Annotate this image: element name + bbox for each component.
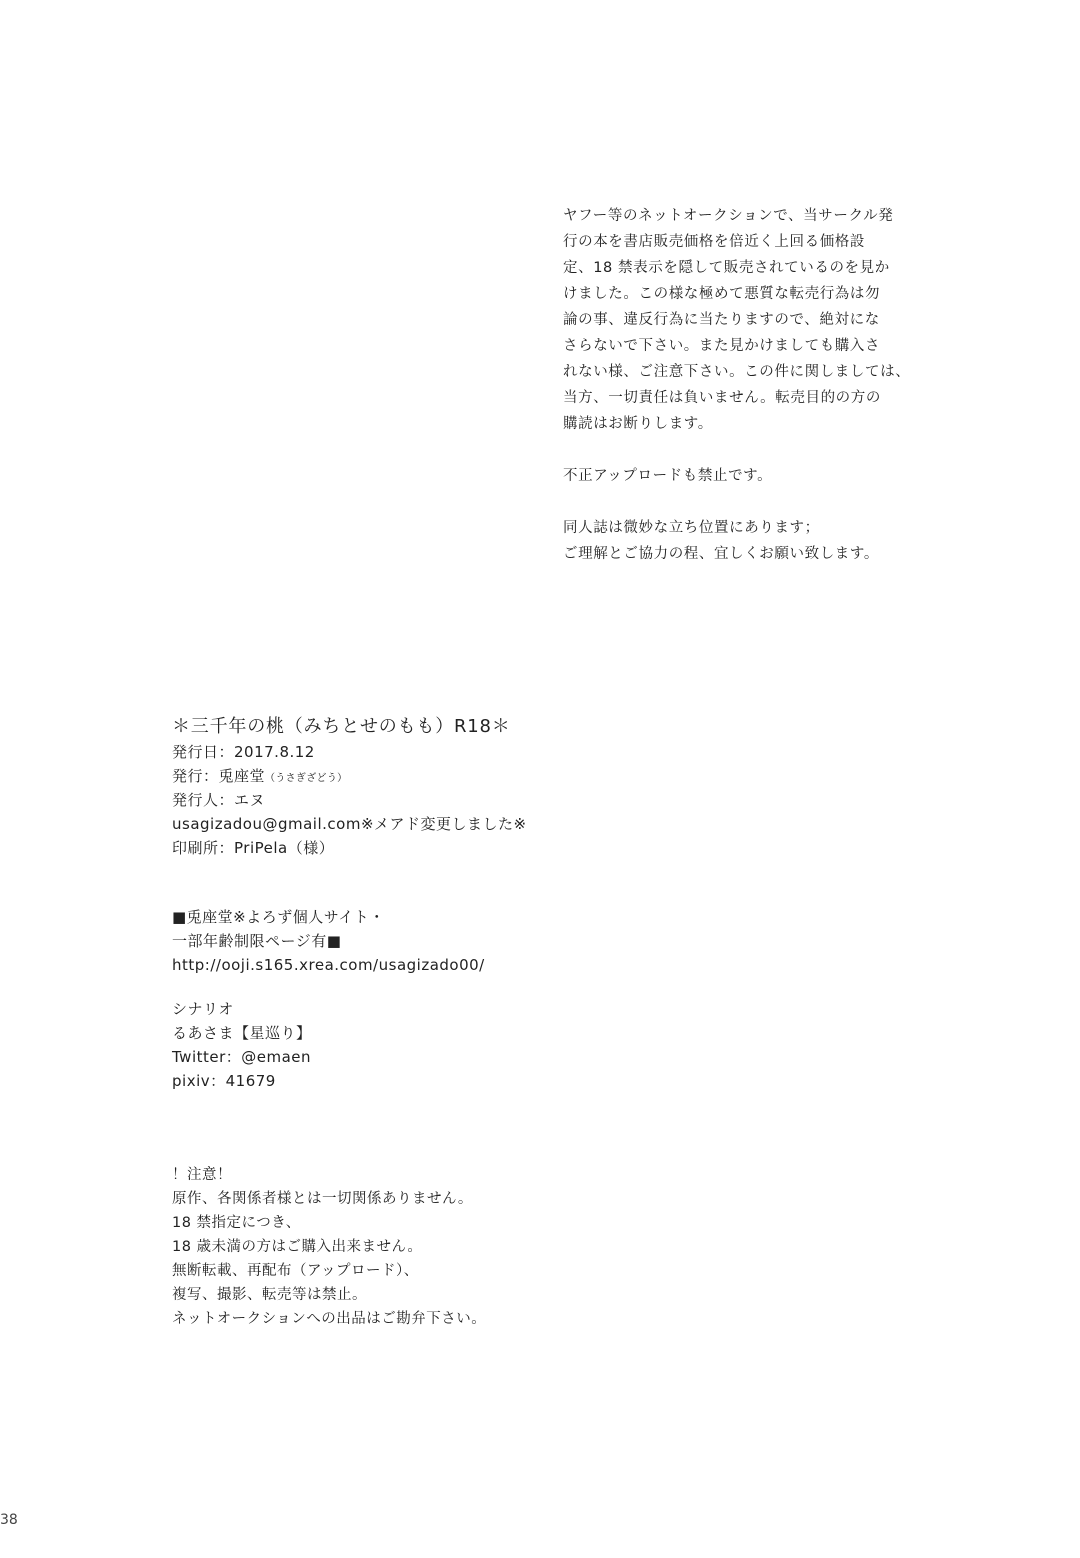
caution-line: 18 歳未満の方はご購入出来ません。 <box>172 1235 486 1259</box>
issue-date: 発行日：2017.8.12 <box>172 740 527 764</box>
resale-notice: ヤフー等のネットオークションで、当サークル発 行の本を書店販売価格を倍近く上回る… <box>563 203 910 567</box>
caution-heading: ！注意！ <box>172 1163 486 1187</box>
notice-line: さらないで下さい。また見かけましても購入さ <box>563 333 910 359</box>
colophon: ＊三千年の桃（みちとせのもも）R18＊ 発行日：2017.8.12 発行：兎座堂… <box>172 714 527 860</box>
caution-notice: ！注意！ 原作、各関係者様とは一切関係ありません。 18 禁指定につき、 18 … <box>172 1163 486 1331</box>
caution-line: 複写、撮影、転売等は禁止。 <box>172 1283 486 1307</box>
publisher-name: 発行：兎座堂 <box>172 767 265 785</box>
issuer: 発行人：エヌ <box>172 788 527 812</box>
caution-line: 18 禁指定につき、 <box>172 1211 486 1235</box>
caution-line: ネットオークションへの出品はご勘弁下さい。 <box>172 1307 486 1331</box>
notice-line: 当方、一切責任は負いません。転売目的の方の <box>563 385 910 411</box>
notice-line: 行の本を書店販売価格を倍近く上回る価格設 <box>563 229 910 255</box>
notice-line: ヤフー等のネットオークションで、当サークル発 <box>563 203 910 229</box>
printer: 印刷所：PriPela（様） <box>172 836 527 860</box>
site-description: ■兎座堂※よろず個人サイト・ <box>172 905 485 929</box>
contact-email: usagizadou@gmail.com※メアド変更しました※ <box>172 812 527 836</box>
notice-line: 論の事、違反行為に当たりますので、絶対にな <box>563 307 910 333</box>
upload-prohibited-text: 不正アップロードも禁止です。 <box>563 463 910 489</box>
website-info: ■兎座堂※よろず個人サイト・ 一部年齢制限ページ有■ http://ooji.s… <box>172 905 485 977</box>
publisher: 発行：兎座堂（うさぎざどう） <box>172 764 527 788</box>
credit-name: るあさま【星巡り】 <box>172 1021 312 1045</box>
notice-line: けました。この様な極めて悪質な転売行為は勿 <box>563 281 910 307</box>
publisher-reading: （うさぎざどう） <box>265 773 347 784</box>
site-description: 一部年齢制限ページ有■ <box>172 929 485 953</box>
page-number: 38 <box>0 1512 18 1528</box>
caution-line: 原作、各関係者様とは一切関係ありません。 <box>172 1187 486 1211</box>
scenario-credits: シナリオ るあさま【星巡り】 Twitter：@emaen pixiv：4167… <box>172 997 312 1093</box>
notice-line: 定、18 禁表示を隠して販売されているのを見か <box>563 255 910 281</box>
site-url: http://ooji.s165.xrea.com/usagizado00/ <box>172 953 485 977</box>
closing-line: ご理解とご協力の程、宜しくお願い致します。 <box>563 541 910 567</box>
credit-twitter: Twitter：@emaen <box>172 1045 312 1069</box>
notice-line: 購読はお断りします。 <box>563 411 910 437</box>
closing-line: 同人誌は微妙な立ち位置にあります； <box>563 515 910 541</box>
book-title: ＊三千年の桃（みちとせのもも）R18＊ <box>172 714 527 740</box>
credit-role: シナリオ <box>172 997 312 1021</box>
credit-pixiv: pixiv：41679 <box>172 1069 312 1093</box>
caution-line: 無断転載、再配布（アップロード）、 <box>172 1259 486 1283</box>
notice-line: れない様、ご注意下さい。この件に関しましては、 <box>563 359 910 385</box>
